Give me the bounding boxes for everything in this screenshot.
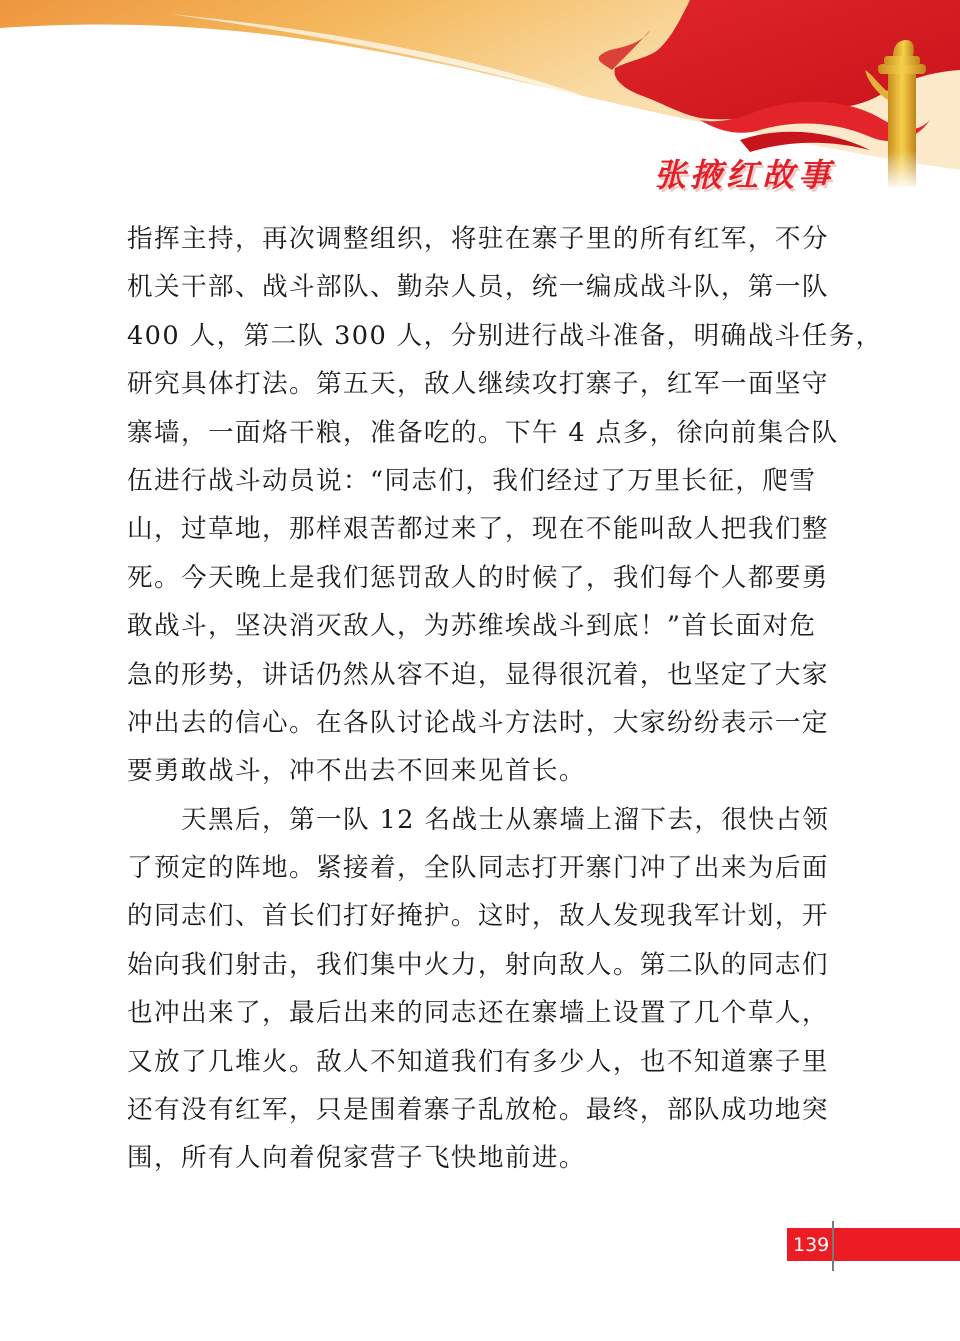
footer-divider: [832, 1221, 834, 1271]
text-line: 死。今天晚上是我们惩罚敌人的时候了，我们每个人都要勇: [127, 554, 837, 602]
text-line: 急的形势，讲话仍然从容不迫，显得很沉着，也坚定了大家: [127, 651, 837, 699]
text-line: 400 人，第二队 300 人，分别进行战斗准备，明确战斗任务，: [127, 312, 837, 360]
text-line: 山，过草地，那样艰苦都过来了，现在不能叫敌人把我们整: [127, 505, 837, 553]
text-line: 的同志们、首长们打好掩护。这时，敌人发现我军计划，开: [127, 892, 837, 940]
page-number: 139: [793, 1231, 829, 1259]
text-line: 寨墙，一面烙干粮，准备吃的。下午 4 点多，徐向前集合队: [127, 409, 837, 457]
decorative-header-banner: 张掖红故事: [0, 0, 960, 212]
text-line: 伍进行战斗动员说：“同志们，我们经过了万里长征，爬雪: [127, 457, 837, 505]
text-line: 指挥主持，再次调整组织，将驻在寨子里的所有红军，不分: [127, 215, 837, 263]
text-line: 还有没有红军，只是围着寨子乱放枪。最终，部队成功地突: [127, 1086, 837, 1134]
text-line: 也冲出来了，最后出来的同志还在寨墙上设置了几个草人，: [127, 989, 837, 1037]
paragraph-2: 天黑后，第一队 12 名战士从寨墙上溜下去，很快占领 了预定的阵地。紧接着，全队…: [127, 796, 837, 1183]
text-line: 始向我们射击，我们集中火力，射向敌人。第二队的同志们: [127, 941, 837, 989]
text-line: 冲出去的信心。在各队讨论战斗方法时，大家纷纷表示一定: [127, 699, 837, 747]
text-line: 要勇敢战斗，冲不出去不回来见首长。: [127, 747, 837, 795]
paragraph-1: 指挥主持，再次调整组织，将驻在寨子里的所有红军，不分 机关干部、战斗部队、勤杂人…: [127, 215, 837, 796]
text-line: 围，所有人向着倪家营子飞快地前进。: [127, 1134, 837, 1182]
series-title: 张掖红故事: [654, 150, 834, 196]
text-line: 又放了几堆火。敌人不知道我们有多少人，也不知道寨子里: [127, 1038, 837, 1086]
article-body: 指挥主持，再次调整组织，将驻在寨子里的所有红军，不分 机关干部、战斗部队、勤杂人…: [127, 215, 837, 1183]
text-line: 了预定的阵地。紧接着，全队同志打开寨门冲了出来为后面: [127, 844, 837, 892]
text-line: 天黑后，第一队 12 名战士从寨墙上溜下去，很快占领: [127, 796, 837, 844]
text-line: 机关干部、战斗部队、勤杂人员，统一编成战斗队，第一队: [127, 263, 837, 311]
text-line: 研究具体打法。第五天，敌人继续攻打寨子，红军一面坚守: [127, 360, 837, 408]
text-line: 敢战斗，坚决消灭敌人，为苏维埃战斗到底！”首长面对危: [127, 602, 837, 650]
